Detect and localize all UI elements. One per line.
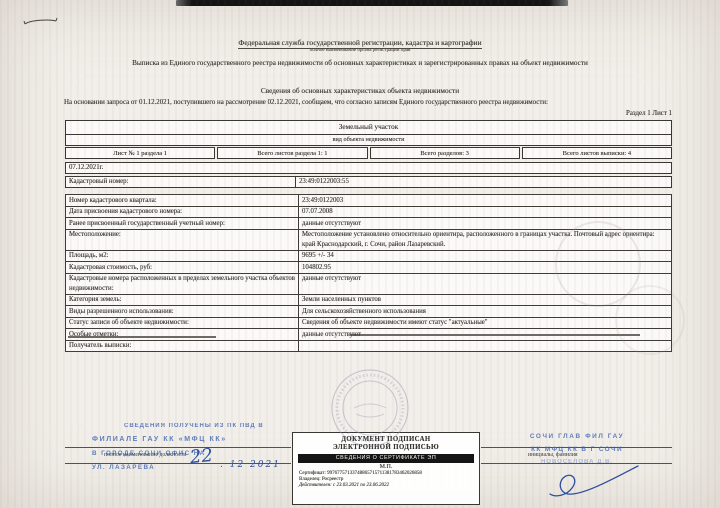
field-label: Получатель выписки: [66,340,299,352]
table-row: Статус записи об объекте недвижимости:Св… [66,317,672,329]
office-stamp-line: СОЧИ ГЛАВ ФИЛ ГАУ [502,430,652,443]
basis-line: На основании запроса от 01.12.2021, пост… [64,99,676,106]
table-row: Получатель выписки: [66,340,672,352]
sheet-cell: Лист № 1 раздела 1 [65,147,215,159]
table-row: Номер кадастрового квартала:23:49:012200… [66,195,672,207]
handwritten-day: 22 [189,445,214,468]
field-label: Местоположение: [66,229,299,250]
table-row: Кадастровые номера расположенных в преде… [66,273,672,294]
field-value: 23:49:0122003:55 [296,177,671,187]
field-value: Для сельскохозяйственного использования [299,306,672,318]
agency-title: Федеральная служба государственной регис… [0,38,720,47]
field-label: Ранее присвоенный государственный учетны… [66,218,299,230]
scan-edge-bar [176,0,568,6]
field-label: Виды разрешенного использования: [66,306,299,318]
field-value [299,340,672,352]
table-row: Местоположение:Местоположение установлен… [66,229,672,250]
table-row: Дата присвоения кадастрового номера:07.0… [66,206,672,218]
esign-box: ДОКУМЕНТ ПОДПИСАН ЭЛЕКТРОННОЙ ПОДПИСЬЮ С… [292,432,480,505]
field-label: Кадастровые номера расположенных в преде… [66,273,299,294]
esign-validity: Действителен: с 23.03.2021 по 23.06.2022 [299,483,479,488]
field-value: Земли населенных пунктов [299,294,672,306]
field-label: Площадь, м2: [66,250,299,262]
table-row: Ранее присвоенный государственный учетны… [66,218,672,230]
field-value: Сведения об объекте недвижимости имеют с… [299,317,672,329]
object-type-box: Земельный участок вид объекта недвижимос… [65,120,672,146]
sheet-cell: Всего листов раздела 1: 1 [217,147,367,159]
scanned-document-page: Федеральная служба государственной регис… [0,0,720,508]
field-label: Дата присвоения кадастрового номера: [66,206,299,218]
esign-certificate: Сертификат: 9976775713374886571571138178… [299,471,479,476]
field-label: Статус записи об объекте недвижимости: [66,317,299,329]
field-value: 9695 +/- 34 [299,250,672,262]
section-heading: Сведения об основных характеристиках объ… [0,86,720,95]
office-stamp-line: КК МФЦ КК В Г СОЧИ [502,443,652,456]
agency-caption: полное наименование органа регистрации п… [0,48,720,53]
field-label: Особые отметки: [66,329,299,341]
field-value: Местоположение установлено относительно … [299,229,672,250]
field-label: Номер кадастрового квартала: [66,195,299,207]
field-value: 07.07.2008 [299,206,672,218]
scan-line-artifact [68,336,216,338]
seal-place-label: М.П. [293,464,479,470]
field-value: данные отсутствуют [299,273,672,294]
esign-title: ЭЛЕКТРОННОЙ ПОДПИСЬЮ [293,444,479,451]
received-stamp-line: СВЕДЕНИЯ ПОЛУЧЕНЫ ИЗ ПК ПВД В [124,419,264,433]
office-stamp-line: НОВОСЕЛОВА Д.В. [502,456,652,469]
position-caption: полное наименование должности [104,452,186,458]
table-row: Виды разрешенного использования:Для сель… [66,306,672,318]
field-value: данные отсутствуют [299,218,672,230]
field-value: 104802.95 [299,262,672,274]
document-title: Выписка из Единого государственного реес… [0,59,720,67]
field-label: Кадастровая стоимость, руб: [66,262,299,274]
object-type: Земельный участок [66,121,671,134]
pen-mark [22,14,62,30]
office-stamp: СОЧИ ГЛАВ ФИЛ ГАУ КК МФЦ КК В Г СОЧИ НОВ… [502,430,652,469]
field-label: Кадастровый номер: [66,177,296,187]
cadastral-number-row: Кадастровый номер: 23:49:0122003:55 [65,176,672,188]
sheet-cell: Всего разделов: 3 [370,147,520,159]
section-sheet-label: Раздел 1 Лист 1 [626,110,672,117]
scan-line-artifact [350,334,640,336]
handwritten-date: . 12 2021 [220,460,281,470]
esign-owner: Владелец: Росреестр [299,477,479,482]
received-stamp-line: ФИЛИАЛЕ ГАУ КК «МФЦ КК» [92,433,264,447]
table-row: Площадь, м2:9695 +/- 34 [66,250,672,262]
table-row: Категория земель:Земли населенных пункто… [66,294,672,306]
field-value: 23:49:0122003 [299,195,672,207]
field-label: Категория земель: [66,294,299,306]
signature-line [65,447,291,448]
esign-title: ДОКУМЕНТ ПОДПИСАН [293,436,479,443]
signature-line [65,463,291,464]
sheet-cell: Всего листов выписки: 4 [522,147,672,159]
object-type-caption: вид объекта недвижимости [66,135,671,146]
table-row: Кадастровая стоимость, руб:104802.95 [66,262,672,274]
esign-certificate-bar: СВЕДЕНИЯ О СЕРТИФИКАТЕ ЭП [298,454,474,463]
details-table: Номер кадастрового квартала:23:49:012200… [65,194,672,352]
extract-date-row: 07.12.2021г. [65,162,672,174]
sheet-counters-row: Лист № 1 раздела 1 Всего листов раздела … [65,147,672,159]
